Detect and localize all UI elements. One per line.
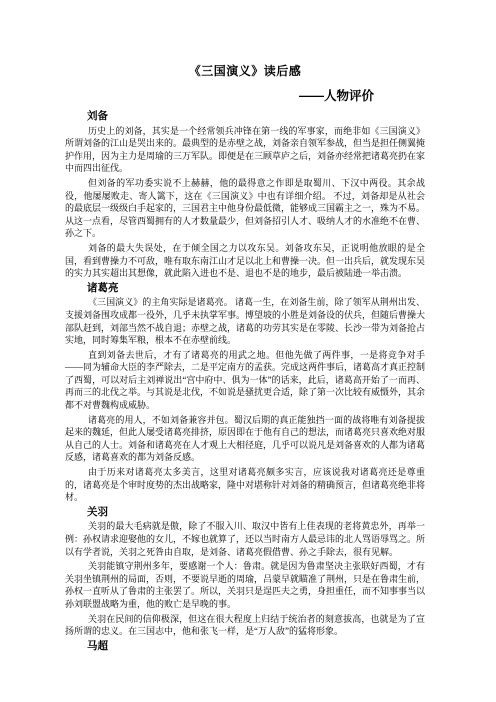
document-title: 《三国演义》读后感 [65,64,425,79]
paragraph: 《三国演义》的主角实际是诸葛亮。 诸葛一生，在刘备生前，除了领军从荆州出发、支援… [65,296,425,346]
document-subtitle: ——人物评价 [65,89,425,104]
paragraph: 关羽的最大毛病就是傲，除了不服入川、取汉中皆有上佳表现的老将黄忠外，再举一例：孙… [65,520,425,558]
paragraph: 刘备的最大失误处，在于倾全国之力以攻东吴。刘备攻东吴，正说明他放眼的是全国，看到… [65,242,425,280]
section-heading-zhugeliang: 诸葛亮 [87,282,425,295]
paragraph: 但刘备的军功委实说不上赫赫，他的最得意之作即是取蜀川、下汉中两役。其余战役，他屡… [65,177,425,240]
section-heading-guanyu: 关羽 [87,506,425,519]
paragraph: 诸葛亮的用人，不如刘备兼容并包。蜀汉后期的真正能独挡一面的战将唯有刘备提拔起来的… [65,414,425,464]
paragraph: 历史上的刘备，其实是一个经常领兵冲锋在第一线的军事家，而绝非如《三国演义》所谓刘… [65,125,425,175]
paragraph: 关羽在民间的信仰极深，但这在很大程度上归结于统治者的刻意拔高，也就是为了宣扬所谓… [65,613,425,638]
document-body: 刘备 历史上的刘备，其实是一个经常领兵冲锋在第一线的军事家，而绝非如《三国演义》… [65,110,425,652]
paragraph: 关羽能镇守荆州多年，要感谢一个人：鲁肃。就是因为鲁肃坚决主张联好西蜀，才有关羽坐… [65,560,425,610]
section-heading-liubei: 刘备 [87,110,425,123]
section-heading-machao: 马超 [87,640,425,653]
paragraph: 直到刘备去世后，才有了诸葛亮的用武之地。但他先做了两件事，一是将竞争对手——同为… [65,349,425,412]
paragraph: 由于历来对诸葛亮太多美言，这里对诸葛亮颇多实言，应该说我对诸葛亮还是尊重的，诸葛… [65,466,425,504]
document-page: 《三国演义》读后感 ——人物评价 刘备 历史上的刘备，其实是一个经常领兵冲锋在第… [0,0,496,702]
